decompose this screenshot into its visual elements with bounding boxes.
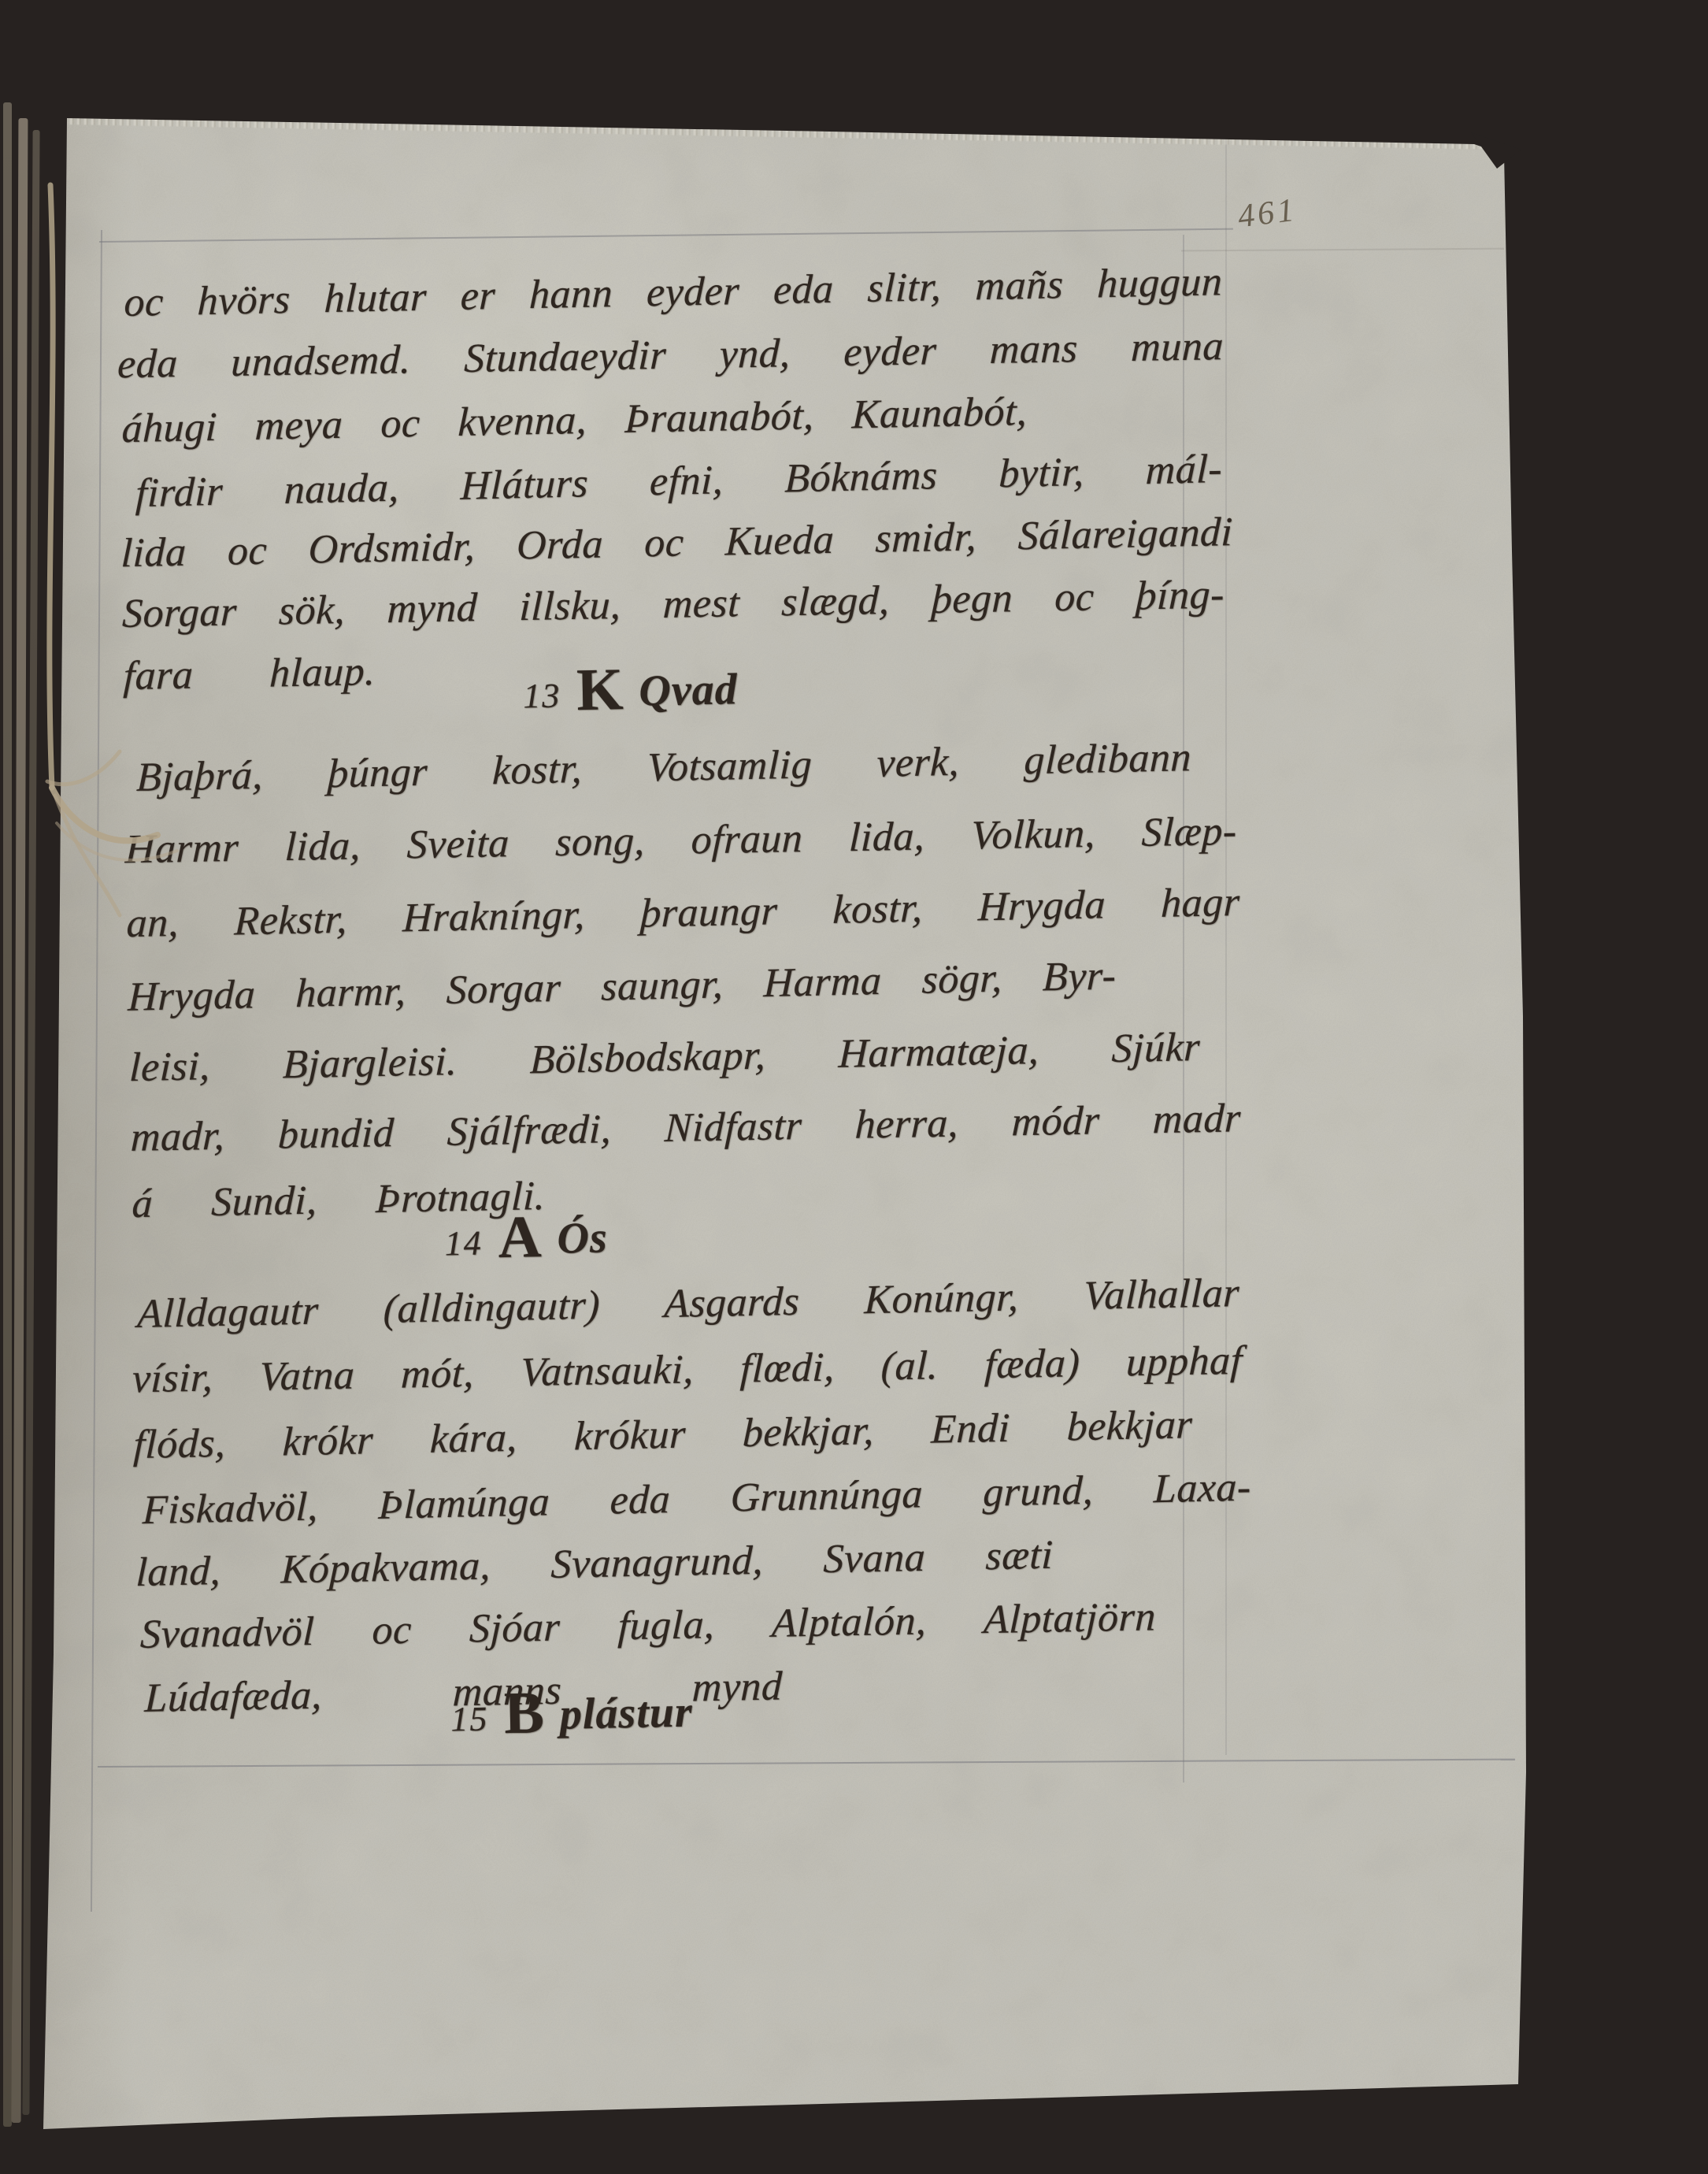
section-title: Ós bbox=[557, 1215, 608, 1260]
manuscript-line: vísir, Vatna mót, Vatnsauki, flœdi, (al.… bbox=[132, 1335, 1243, 1404]
section-letter: A bbox=[498, 1207, 542, 1267]
text-block: oc hvörs hlutar er hann eyder eda slitr,… bbox=[0, 0, 1708, 2174]
section-letter: K bbox=[576, 659, 624, 720]
manuscript-line: Fiskadvöl, Þlamúnga eda Grunnúnga grund,… bbox=[142, 1462, 1252, 1537]
manuscript-line: eda unadsemd. Stundaeydir ynd, eyder man… bbox=[117, 321, 1224, 390]
section-title: Qvad bbox=[639, 667, 738, 713]
section-number: 14 bbox=[444, 1226, 483, 1262]
manuscript-line: Harmr lida, Sveita song, ofraun lida, Vo… bbox=[124, 806, 1238, 875]
manuscript-line: Alldagautr (alldingautr) Asgards Konúngr… bbox=[136, 1267, 1240, 1340]
manuscript-page: 461 oc hvörs hlutar er hann eyder eda sl… bbox=[0, 0, 1708, 2174]
manuscript-line: an, Rekstr, Hrakníngr, þraungr kostr, Hr… bbox=[126, 877, 1241, 949]
manuscript-line: leisi, Bjargleisi. Bölsbodskapr, Harmatæ… bbox=[128, 1022, 1201, 1093]
manuscript-line: áhugi meya oc kvenna, Þraunabót, Kaunabó… bbox=[121, 386, 1028, 454]
section-title: plástur bbox=[559, 1690, 693, 1737]
manuscript-line: madr, bundid Sjálfrædi, Nidfastr herra, … bbox=[130, 1093, 1242, 1163]
binding-thread bbox=[50, 185, 53, 788]
manuscript-line: Bjaþrá, þúngr kostr, Votsamlig verk, gle… bbox=[135, 732, 1192, 803]
section-letter: B bbox=[503, 1682, 544, 1743]
page-edge-strip bbox=[3, 102, 12, 2127]
manuscript-line: Sorgar sök, mynd illsku, mest slægd, þeg… bbox=[121, 569, 1225, 639]
section-heading: 15 B plástur bbox=[450, 1677, 693, 1742]
manuscript-line: oc hvörs hlutar er hann eyder eda slitr,… bbox=[124, 256, 1224, 328]
section-number: 13 bbox=[523, 678, 561, 714]
manuscript-line: Svanadvöl oc Sjóar fugla, Alptalón, Alpt… bbox=[139, 1591, 1157, 1660]
manuscript-line: Hrygda harmr, Sorgar saungr, Harma sögr,… bbox=[128, 950, 1117, 1022]
manuscript-line: fara hlaup. bbox=[123, 646, 376, 702]
manuscript-line: firdir nauda, Hláturs efni, Bóknáms byti… bbox=[135, 443, 1223, 519]
scan-background: 461 oc hvörs hlutar er hann eyder eda sl… bbox=[0, 0, 1708, 2174]
section-heading: 14 A Ós bbox=[444, 1202, 609, 1265]
section-heading: 13 K Qvad bbox=[522, 654, 738, 718]
manuscript-line: lida oc Ordsmidr, Orda oc Kueda smidr, S… bbox=[120, 506, 1234, 579]
manuscript-line: flóds, krókr kára, krókur bekkjar, Endi … bbox=[132, 1399, 1193, 1471]
manuscript-line: land, Kópakvama, Svanagrund, Svana sæti bbox=[135, 1530, 1054, 1598]
section-number: 15 bbox=[450, 1701, 489, 1737]
